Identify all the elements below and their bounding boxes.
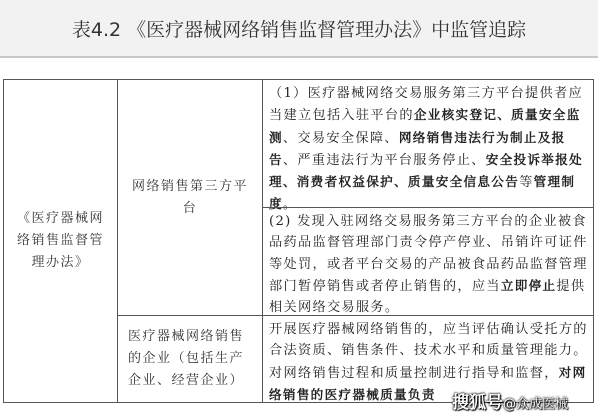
subject-enterprise: 医疗器械网络销售的企业（包括生产企业、经营企业） xyxy=(118,326,262,392)
subject-platform: 网络销售第三方平台 xyxy=(118,176,262,220)
clause-segment-bold: 立即停止 xyxy=(501,278,557,293)
page-header: 表4.2 《医疗器械网络销售监督管理办法》中监管追踪 xyxy=(0,0,598,58)
clause-segment: 、严重违法行为平台服务停止、 xyxy=(283,153,486,168)
watermark: 搜狐号@众成医械 xyxy=(452,388,568,413)
clause-segment: 开展医疗器械网络销售的，应当评估确认受托方的合法资质、销售条件、技术水平和质量管… xyxy=(269,322,588,381)
clause-text-2: (2) 发现入驻网络交易服务第三方平台的企业被食品药品监督管理部门责令停产停业、… xyxy=(263,208,593,318)
clause-cell-2: (2) 发现入驻网络交易服务第三方平台的企业被食品药品监督管理部门责令停产停业、… xyxy=(262,207,594,316)
clause-text-1: （1）医疗器械网络交易服务第三方平台提供者应当建立包括入驻平台的企业核实登记、质… xyxy=(263,80,593,216)
watermark-at: @ xyxy=(503,397,516,412)
clause-segment: 、交易安全保障、 xyxy=(283,131,399,146)
watermark-brand: 搜狐号 xyxy=(452,393,503,413)
table-caption: 表4.2 《医疗器械网络销售监督管理办法》中监管追踪 xyxy=(72,15,526,42)
regulation-table: 《医疗器械网络销售监督管理办法》 网络销售第三方平台 医疗器械网络销售的企业（包… xyxy=(3,79,594,403)
regulation-name: 《医疗器械网络销售监督管理办法》 xyxy=(4,208,117,274)
clause-cell-1: （1）医疗器械网络交易服务第三方平台提供者应当建立包括入驻平台的企业核实登记、质… xyxy=(262,79,594,208)
subject-cell-platform: 网络销售第三方平台 xyxy=(117,79,263,316)
watermark-account: 众成医械 xyxy=(516,397,568,412)
subject-cell-enterprise: 医疗器械网络销售的企业（包括生产企业、经营企业） xyxy=(117,315,263,403)
regulation-cell: 《医疗器械网络销售监督管理办法》 xyxy=(3,79,118,403)
clause-segment: 等 xyxy=(519,175,534,190)
